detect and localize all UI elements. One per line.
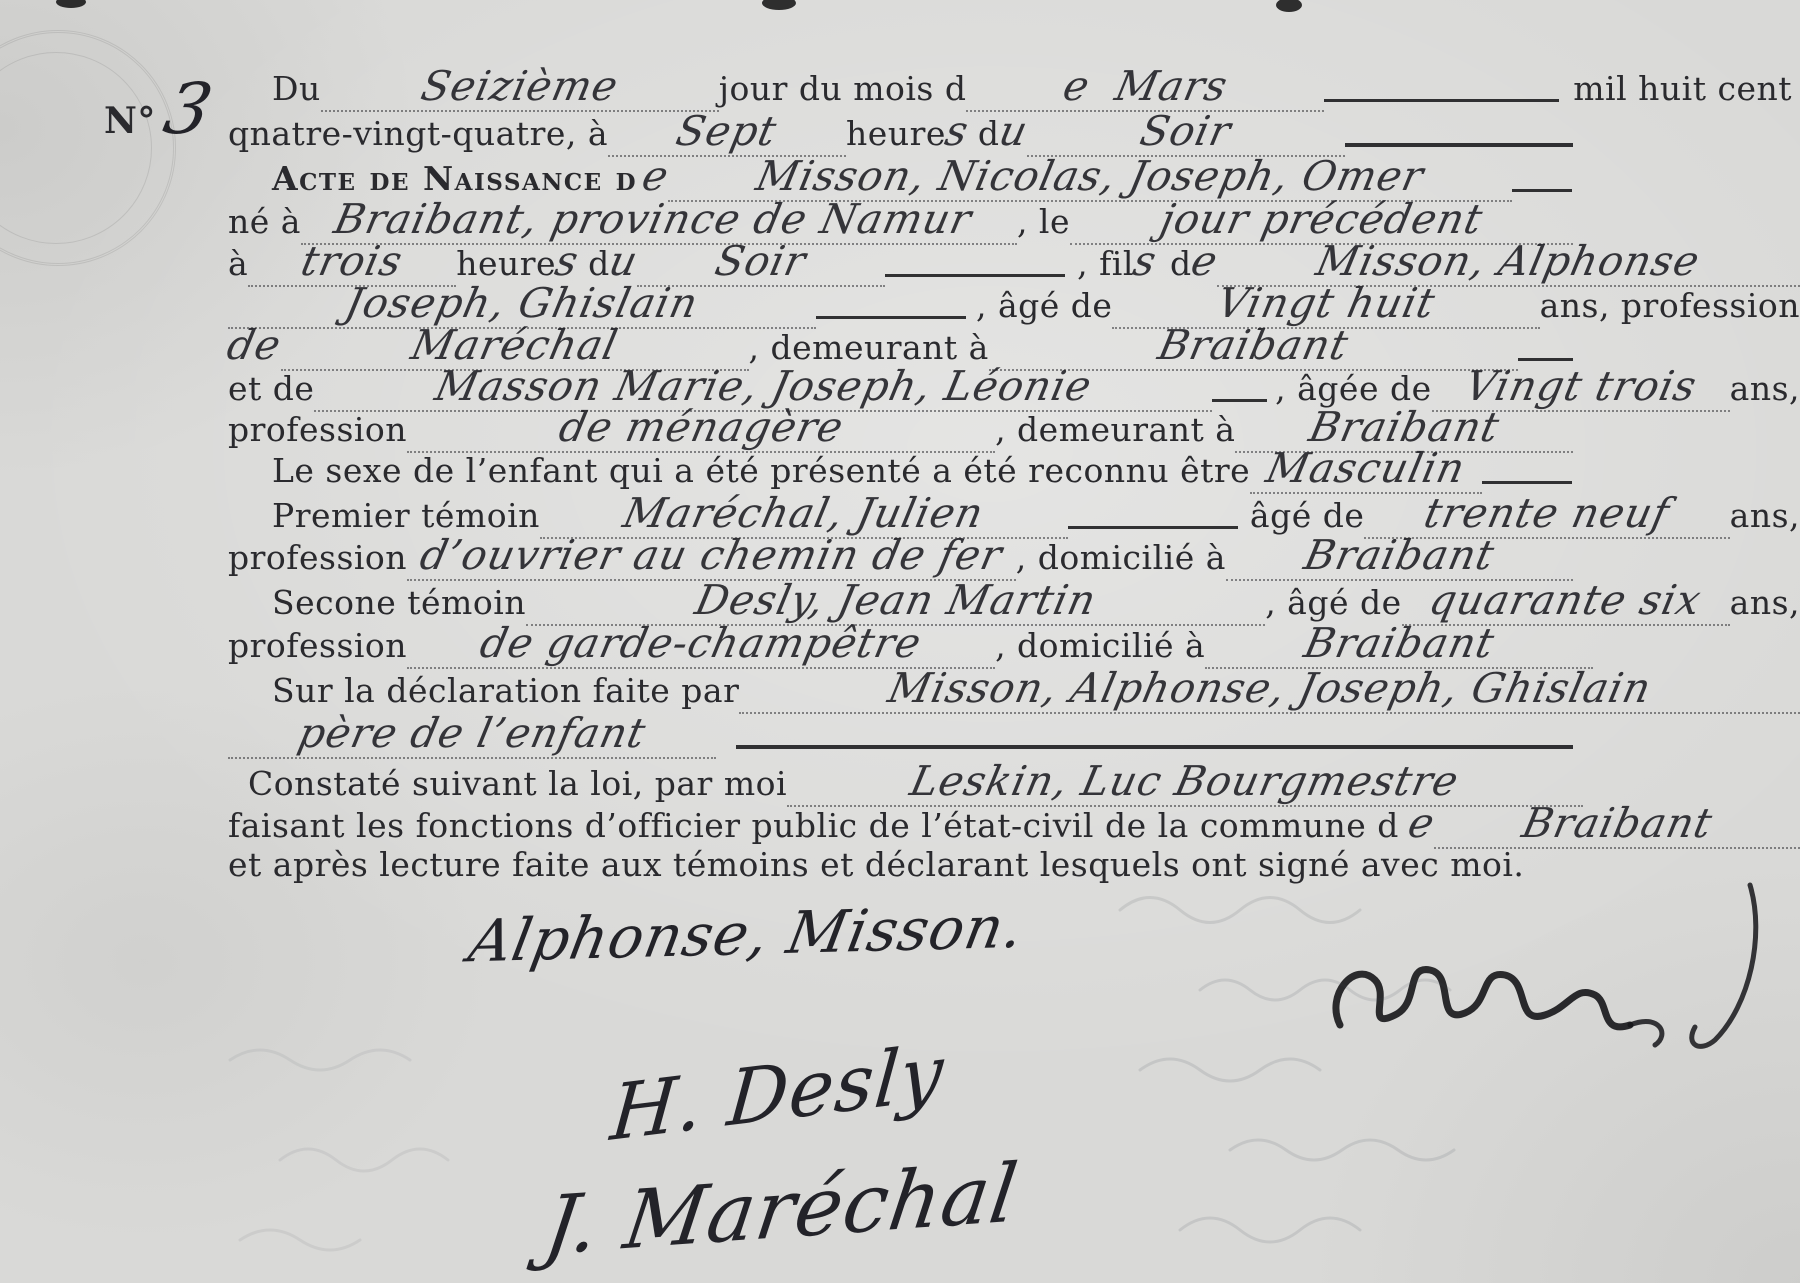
label-constate: Constaté suivant la loi, par moi (248, 764, 787, 803)
line-first-witness-occupation: profession d’ouvrier au chemin de fer , … (228, 535, 1573, 581)
entry-period: Soir (1137, 111, 1235, 152)
ink-speck (762, 0, 796, 10)
filler-rule (1345, 143, 1573, 147)
label-demeurant-a: , demeurant à (995, 410, 1235, 449)
entry-period-field: Soir (1027, 111, 1345, 157)
entry-father-residence: Braibant (1155, 325, 1353, 366)
label-domicilie-a: , domicilié à (1016, 538, 1226, 577)
entry-month: Mars (1111, 66, 1231, 107)
line-commune: faisant les fonctions d’officier public … (228, 803, 1800, 849)
entry-witness1-residence: Braibant (1301, 535, 1499, 576)
label-jour-du-mois: jour du mois d (719, 69, 967, 108)
entry-birth-hour: trois (298, 241, 407, 282)
birth-certificate-scan: N° 3 Du Seizième jour du mois d eMars mi… (0, 0, 1800, 1283)
filler-rule (1212, 399, 1267, 402)
entry-birthday: jour précédent (1157, 199, 1487, 240)
entry-mother-residence: Braibant (1305, 407, 1503, 448)
ink-speck (56, 0, 86, 8)
label-second-temoin: Secone témoin (272, 583, 526, 622)
label-age-de: âgé de (1250, 496, 1364, 535)
bleedthrough-marks (200, 1000, 700, 1280)
label-ans-profession: ans, profession (1540, 286, 1800, 325)
entry-witness1-residence-field: Braibant (1226, 535, 1573, 581)
filler-rule (1068, 526, 1238, 529)
label-age-de: , âgé de (976, 286, 1112, 325)
label-domicilie-a: , domicilié à (995, 626, 1205, 665)
entry-witness1-name: Maréchal, Julien (620, 493, 988, 534)
entry-witness1-occupation: d’ouvrier au chemin de fer (417, 535, 1006, 576)
label-fonctions-officier: faisant les fonctions d’officier public … (228, 806, 1399, 845)
filler-rule (1518, 358, 1573, 361)
entry-birthplace-field: Braibant, province de Namur (301, 199, 1017, 245)
entry-u: u (605, 241, 641, 282)
label-profession: profession (228, 410, 407, 449)
entry-witness2-occupation-field: de garde-champêtre (407, 623, 995, 669)
entry-witness2-name: Desly, Jean Martin (691, 580, 1099, 621)
filler-rule (885, 274, 1065, 277)
filler-rule (1324, 99, 1559, 102)
entry-day: Seizième (418, 66, 622, 107)
entry-liaison-e: e (1060, 66, 1094, 107)
label-mil-huit-cent: mil huit cent (1573, 69, 1792, 108)
entry-s: s (942, 111, 973, 152)
entry-sex-field: Masculin (1250, 448, 1482, 494)
entry-declarant: Misson, Alphonse, Joseph, Ghislain (884, 668, 1654, 709)
entry-sex: Masculin (1263, 448, 1469, 489)
entry-month-field: eMars (966, 66, 1324, 112)
label-fil: , fil (1077, 244, 1134, 283)
label-ans: ans, (1730, 496, 1800, 535)
label-premier-temoin: Premier témoin (272, 496, 540, 535)
entry-declarant-quality-field: père de l’enfant (228, 713, 716, 759)
line-declarant-quality: père de l’enfant (228, 713, 1573, 759)
filler-rule (1512, 189, 1572, 192)
label-le: , le (1017, 202, 1070, 241)
label-profession: profession (228, 626, 407, 665)
act-number-value: 3 (158, 74, 218, 144)
entry-father-name: Misson, Alphonse (1313, 241, 1704, 282)
line-second-witness-occupation: profession de garde-champêtre , domicili… (228, 623, 1593, 669)
label-du: Du (272, 69, 321, 108)
line-sex: Le sexe de l’enfant qui a été présenté a… (272, 448, 1572, 494)
label-et-de: et de (228, 369, 314, 408)
entry-father-age: Vingt huit (1213, 283, 1438, 324)
entry-witness1-occupation-field: d’ouvrier au chemin de fer (407, 535, 1016, 581)
label-quatre-vingt-quatre: qnatre-vingt-quatre, à (228, 114, 608, 153)
entry-de: de (224, 325, 285, 366)
filler-rule (1482, 481, 1572, 484)
filler-rule (736, 745, 1573, 749)
entry-witness1-age: trente neuf (1421, 493, 1673, 534)
line-date: Du Seizième jour du mois d eMars mil hui… (272, 66, 1792, 112)
label-sur-declaration: Sur la déclaration faite par (272, 671, 739, 710)
entry-father-occupation: Maréchal (408, 325, 622, 366)
entry-declarant-field: Misson, Alphonse, Joseph, Ghislain (739, 668, 1800, 714)
entry-witness2-residence: Braibant (1300, 623, 1498, 664)
label-sexe-enfant: Le sexe de l’enfant qui a été présenté a… (272, 451, 1250, 490)
entry-officer-field: Leskin, Luc Bourgmestre (787, 761, 1583, 807)
bleedthrough-marks (1080, 850, 1760, 1280)
entry-mother-occupation-field: de ménagère (407, 407, 995, 453)
entry-s: s (1130, 241, 1161, 282)
entry-u: u (995, 111, 1031, 152)
entry-period: Soir (712, 241, 810, 282)
entry-witness2-occupation: de garde-champêtre (477, 623, 925, 664)
label-ans: ans, (1730, 369, 1800, 408)
act-number: N° 3 (104, 74, 211, 144)
entry-s: s (552, 241, 583, 282)
label-profession: profession (228, 538, 407, 577)
label-age-de: , âgé de (1265, 583, 1401, 622)
entry-mother-age: Vingt trois (1461, 366, 1700, 407)
entry-commune: Braibant (1518, 803, 1716, 844)
entry-day-field: Seizième (321, 66, 719, 112)
line-year-hour: qnatre-vingt-quatre, à Sept heure s d u … (228, 111, 1573, 157)
entry-hour-field: Sept (608, 111, 846, 157)
entry-commune-field: Braibant (1434, 803, 1800, 849)
label-a: à (228, 244, 248, 283)
label-acte-de-naissance: Acte de Naissance d (272, 159, 637, 198)
act-number-label: N° (104, 100, 156, 142)
line-officer: Constaté suivant la loi, par moi Leskin,… (248, 761, 1583, 807)
signature-father: Alphonse, Misson. (469, 898, 1024, 970)
entry-mother-name: Masson Marie, Joseph, Léonie (431, 366, 1095, 407)
entry-witness2-age: quarante six (1426, 580, 1705, 621)
signature-father-text: Alphonse, Misson. (465, 898, 1029, 971)
entry-witness2-residence-field: Braibant (1205, 623, 1593, 669)
filler-rule (816, 316, 966, 319)
label-heure: heure (846, 114, 946, 153)
line-mother: et de Masson Marie, Joseph, Léonie , âgé… (228, 366, 1800, 412)
line-declarant: Sur la déclaration faite par Misson, Alp… (272, 668, 1800, 714)
label-heure: heure (456, 244, 556, 283)
entry-mother-occupation: de ménagère (555, 407, 847, 448)
entry-officer: Leskin, Luc Bourgmestre (907, 761, 1463, 802)
entry-father-forenames: Joseph, Ghislain (342, 283, 702, 324)
entry-declarant-quality: père de l’enfant (295, 713, 650, 754)
label-ans: ans, (1730, 583, 1800, 622)
entry-child-name: Misson, Nicolas, Joseph, Omer (753, 156, 1428, 197)
label-ne-a: né à (228, 202, 301, 241)
entry-birthplace: Braibant, province de Namur (331, 199, 976, 240)
entry-hour: Sept (673, 111, 781, 152)
ink-speck (1276, 0, 1302, 12)
